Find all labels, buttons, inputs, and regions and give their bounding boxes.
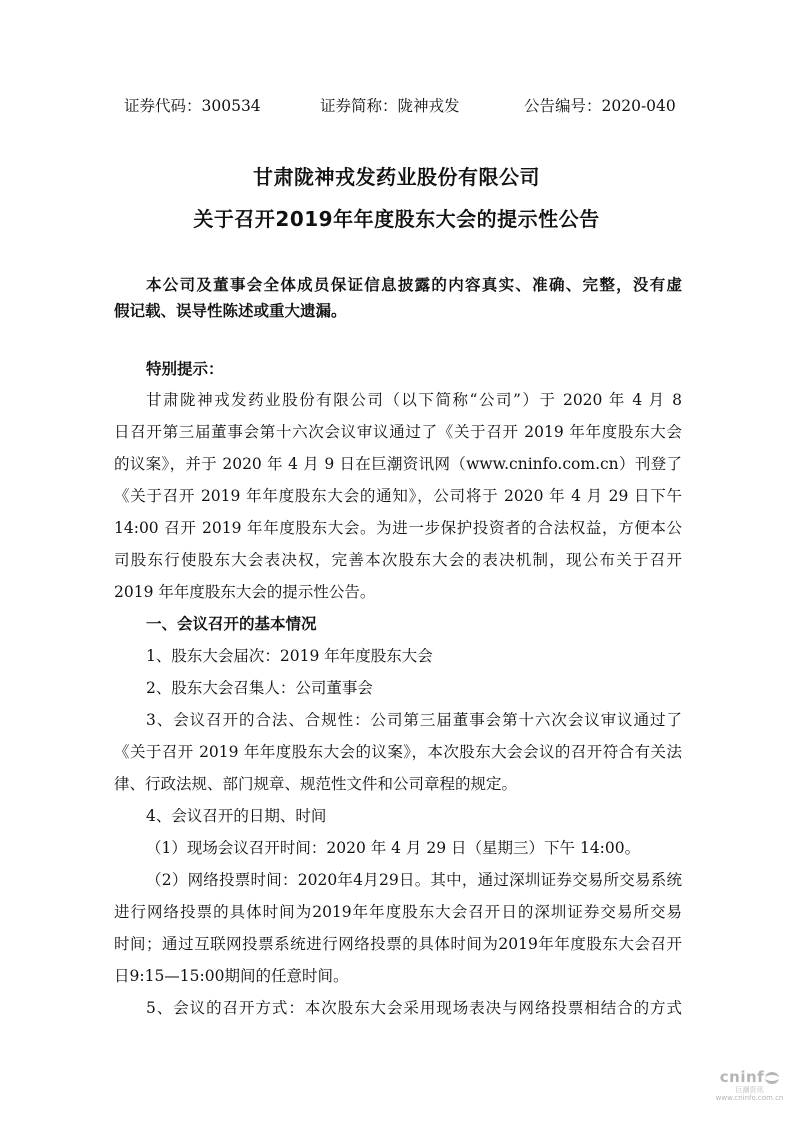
company-title: 甘肃陇神戎发药业股份有限公司: [0, 161, 793, 190]
watermark-chinese: 巨潮资讯: [712, 1086, 787, 1094]
stock-code: 证券代码：300534: [124, 94, 261, 116]
cninfo-swirl-icon: [765, 1072, 779, 1084]
disclaimer-line-2: 假记载、误导性陈述或重大遗漏。: [114, 301, 682, 321]
notice-line: 的议案》，并于 2020 年 4 月 9 日在巨潮资讯网（www.cninfo.…: [114, 454, 682, 474]
item-date-time: 4、会议召开的日期、时间: [146, 806, 682, 826]
item-legality: 律、行政法规、部门规章、规范性文件和公司章程的规定。: [114, 774, 682, 794]
online-voting-time: 时间；通过互联网投票系统进行网络投票的具体时间为2019年年度股东大会召开: [114, 934, 682, 954]
online-voting-time: （2）网络投票时间：2020年4月29日。其中，通过深圳证券交易所交易系统: [146, 870, 682, 890]
notice-line: 甘肃陇神戎发药业股份有限公司（以下简称“公司”）于 2020 年 4 月 8: [146, 390, 682, 410]
document-header: 证券代码：300534 证券简称：陇神戎发 公告编号：2020-040: [124, 94, 684, 116]
announcement-number: 公告编号：2020-040: [524, 94, 676, 116]
notice-line: 《关于召开 2019 年年度股东大会的通知》，公司将于 2020 年 4 月 2…: [114, 486, 682, 506]
stock-abbreviation: 证券简称：陇神戎发: [320, 94, 460, 116]
disclaimer-line-1: 本公司及董事会全体成员保证信息披露的内容真实、准确、完整，没有虚: [146, 275, 682, 295]
item-legality: 《关于召开 2019 年年度股东大会的议案》，本次股东大会会议的召开符合有关法: [114, 742, 682, 762]
special-notice-heading: 特别提示：: [146, 359, 682, 379]
online-voting-time: 进行网络投票的具体时间为2019年年度股东大会召开日的深圳证券交易所交易: [114, 902, 682, 922]
item-convener: 2、股东大会召集人：公司董事会: [146, 678, 682, 698]
notice-line: 14:00 召开 2019 年年度股东大会。为进一步保护投资者的合法权益，方便本…: [114, 518, 682, 538]
item-legality: 3、会议召开的合法、合规性：公司第三届董事会第十六次会议审议通过了: [146, 710, 682, 730]
watermark-url: www.cninfo.com.cn: [712, 1094, 787, 1103]
notice-line: 2019 年年度股东大会的提示性公告。: [114, 582, 682, 602]
notice-line: 日召开第三届董事会第十六次会议审议通过了《关于召开 2019 年年度股东大会: [114, 422, 682, 442]
cninfo-logo: cninf: [712, 1068, 787, 1086]
onsite-meeting-time: （1）现场会议召开时间：2020 年 4 月 29 日（星期三）下午 14:00…: [146, 838, 682, 858]
online-voting-time: 日9:15—15:00期间的任意时间。: [114, 966, 682, 986]
notice-line: 司股东行使股东大会表决权，完善本次股东大会的表决机制，现公布关于召开: [114, 550, 682, 570]
section-heading-1: 一、会议召开的基本情况: [146, 614, 682, 634]
item-meeting-method: 5、会议的召开方式：本次股东大会采用现场表决与网络投票相结合的方式: [146, 998, 682, 1018]
cninfo-watermark: cninf 巨潮资讯 www.cninfo.com.cn: [712, 1068, 787, 1118]
announcement-title: 关于召开2019年年度股东大会的提示性公告: [0, 203, 793, 232]
item-session: 1、股东大会届次：2019 年年度股东大会: [146, 646, 682, 666]
